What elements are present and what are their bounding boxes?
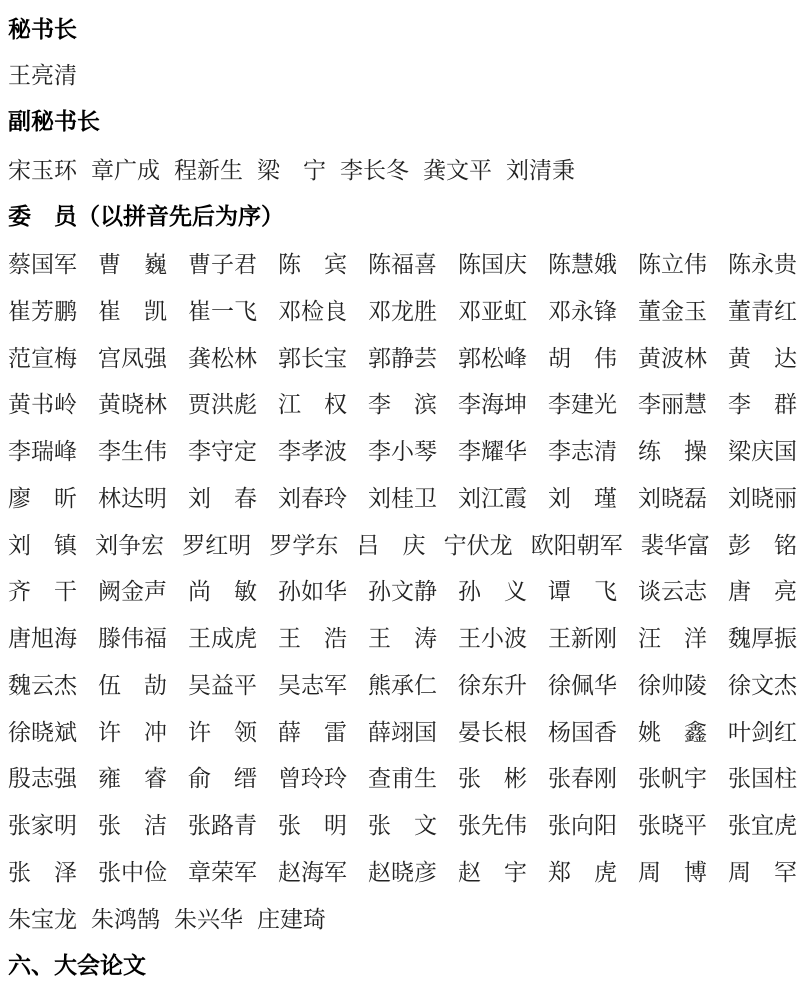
member-name: 蔡国军 bbox=[8, 248, 77, 282]
member-name: 汪 洋 bbox=[638, 622, 707, 656]
member-name: 陈永贵 bbox=[728, 248, 797, 282]
member-name: 殷志强 bbox=[8, 762, 77, 796]
member-name: 朱鸿鹄 bbox=[91, 903, 160, 937]
member-name: 郭长宝 bbox=[278, 342, 347, 376]
member-name: 邓检良 bbox=[278, 295, 347, 329]
member-name: 练 操 bbox=[638, 435, 707, 469]
deputy-name: 宋玉环 bbox=[8, 154, 77, 188]
member-name: 周 罕 bbox=[728, 856, 797, 890]
member-name: 李孝波 bbox=[278, 435, 347, 469]
member-name: 谭 飞 bbox=[548, 575, 617, 609]
member-name: 唐旭海 bbox=[8, 622, 77, 656]
member-name: 朱宝龙 bbox=[8, 903, 77, 937]
member-name: 刘 镇 bbox=[8, 529, 77, 563]
member-name: 崔一飞 bbox=[188, 295, 257, 329]
member-name: 孙如华 bbox=[278, 575, 347, 609]
member-name: 宁伏龙 bbox=[444, 529, 513, 563]
member-name: 罗学东 bbox=[269, 529, 338, 563]
member-name: 张中俭 bbox=[98, 856, 167, 890]
member-name: 熊承仁 bbox=[368, 669, 437, 703]
member-name: 黄 达 bbox=[728, 342, 797, 376]
member-name: 罗红明 bbox=[182, 529, 251, 563]
member-name: 李 群 bbox=[728, 388, 797, 422]
member-name: 王 浩 bbox=[278, 622, 347, 656]
member-name: 张宜虎 bbox=[728, 809, 797, 843]
member-name: 刘晓丽 bbox=[728, 482, 797, 516]
member-name: 许 领 bbox=[188, 716, 257, 750]
member-name: 崔 凯 bbox=[98, 295, 167, 329]
member-name: 查甫生 bbox=[368, 762, 437, 796]
member-name: 赵海军 bbox=[278, 856, 347, 890]
member-name: 王成虎 bbox=[188, 622, 257, 656]
member-name: 滕伟福 bbox=[98, 622, 167, 656]
member-name: 李海坤 bbox=[458, 388, 527, 422]
member-name: 张晓平 bbox=[638, 809, 707, 843]
member-name: 刘晓磊 bbox=[638, 482, 707, 516]
deputy-name: 李长冬 bbox=[340, 154, 409, 188]
member-name: 王小波 bbox=[458, 622, 527, 656]
member-row: 蔡国军曹 巍曹子君陈 宾陈福喜陈国庆陈慧娥陈立伟陈永贵 bbox=[8, 248, 797, 282]
member-name: 李志清 bbox=[548, 435, 617, 469]
member-name: 崔芳鹏 bbox=[8, 295, 77, 329]
member-name: 徐晓斌 bbox=[8, 716, 77, 750]
member-name: 孙 义 bbox=[458, 575, 527, 609]
member-name: 俞 缙 bbox=[188, 762, 257, 796]
deputy-name: 龚文平 bbox=[423, 154, 492, 188]
member-name: 吴益平 bbox=[188, 669, 257, 703]
member-name: 徐文杰 bbox=[728, 669, 797, 703]
member-name: 王 涛 bbox=[368, 622, 437, 656]
member-name: 刘 春 bbox=[188, 482, 257, 516]
member-name: 阙金声 bbox=[98, 575, 167, 609]
member-name: 张 泽 bbox=[8, 856, 77, 890]
member-name: 林达明 bbox=[98, 482, 167, 516]
member-row: 刘 镇刘争宏罗红明罗学东吕 庆宁伏龙欧阳朝军裴华富彭 铭 bbox=[8, 529, 797, 563]
member-name: 薛翊国 bbox=[368, 716, 437, 750]
member-name: 唐 亮 bbox=[728, 575, 797, 609]
member-name: 黄晓林 bbox=[98, 388, 167, 422]
member-name: 欧阳朝军 bbox=[531, 529, 623, 563]
member-name: 陈慧娥 bbox=[548, 248, 617, 282]
member-name: 李生伟 bbox=[98, 435, 167, 469]
member-row: 廖 昕林达明刘 春刘春玲刘桂卫刘江霞刘 瑾刘晓磊刘晓丽 bbox=[8, 482, 797, 516]
member-name: 陈国庆 bbox=[458, 248, 527, 282]
member-name: 陈 宾 bbox=[278, 248, 347, 282]
member-name: 张 彬 bbox=[458, 762, 527, 796]
deputy-name: 章广成 bbox=[91, 154, 160, 188]
member-name: 尚 敏 bbox=[188, 575, 257, 609]
member-name: 张家明 bbox=[8, 809, 77, 843]
member-name: 刘争宏 bbox=[95, 529, 164, 563]
member-name: 吕 庆 bbox=[357, 529, 426, 563]
member-name: 宫凤强 bbox=[98, 342, 167, 376]
member-name: 廖 昕 bbox=[8, 482, 77, 516]
member-name: 吴志军 bbox=[278, 669, 347, 703]
member-name: 曹子君 bbox=[188, 248, 257, 282]
member-name: 晏长根 bbox=[458, 716, 527, 750]
member-name: 张先伟 bbox=[458, 809, 527, 843]
member-name: 张向阳 bbox=[548, 809, 617, 843]
member-name: 孙文静 bbox=[368, 575, 437, 609]
member-name: 张路青 bbox=[188, 809, 257, 843]
member-name: 周 博 bbox=[638, 856, 707, 890]
member-name: 朱兴华 bbox=[174, 903, 243, 937]
section-title-conference-papers: 六、大会论文 bbox=[8, 949, 146, 983]
member-name: 曹 巍 bbox=[98, 248, 167, 282]
member-name: 龚松林 bbox=[188, 342, 257, 376]
member-name: 李耀华 bbox=[458, 435, 527, 469]
member-name: 李丽慧 bbox=[638, 388, 707, 422]
member-name: 李建光 bbox=[548, 388, 617, 422]
member-name: 裴华富 bbox=[641, 529, 710, 563]
member-name: 魏云杰 bbox=[8, 669, 77, 703]
member-name: 梁庆国 bbox=[728, 435, 797, 469]
member-row: 齐 干阙金声尚 敏孙如华孙文静孙 义谭 飞谈云志唐 亮 bbox=[8, 575, 797, 609]
member-row: 魏云杰伍 劼吴益平吴志军熊承仁徐东升徐佩华徐帅陵徐文杰 bbox=[8, 669, 797, 703]
member-name: 薛 雷 bbox=[278, 716, 347, 750]
section-title-deputy-secretary-general: 副秘书长 bbox=[8, 105, 100, 139]
deputy-name: 刘清秉 bbox=[506, 154, 575, 188]
member-name: 李瑞峰 bbox=[8, 435, 77, 469]
member-name: 邓亚虹 bbox=[458, 295, 527, 329]
member-row: 朱宝龙朱鸿鹄朱兴华庄建琦 bbox=[8, 903, 797, 937]
deputy-name: 程新生 bbox=[174, 154, 243, 188]
member-name: 杨国香 bbox=[548, 716, 617, 750]
member-name: 黄波林 bbox=[638, 342, 707, 376]
member-name: 范宣梅 bbox=[8, 342, 77, 376]
member-name: 曾玲玲 bbox=[278, 762, 347, 796]
member-name: 郭静芸 bbox=[368, 342, 437, 376]
member-name: 庄建琦 bbox=[257, 903, 326, 937]
member-row: 张家明张 洁张路青张 明张 文张先伟张向阳张晓平张宜虎 bbox=[8, 809, 797, 843]
section-title-members: 委 员（以拼音先后为序） bbox=[8, 200, 284, 234]
member-row: 殷志强雍 睿俞 缙曾玲玲查甫生张 彬张春刚张帆宇张国柱 bbox=[8, 762, 797, 796]
member-name: 刘桂卫 bbox=[368, 482, 437, 516]
member-name: 伍 劼 bbox=[98, 669, 167, 703]
member-name: 刘春玲 bbox=[278, 482, 347, 516]
member-name: 黄书岭 bbox=[8, 388, 77, 422]
member-name: 张春刚 bbox=[548, 762, 617, 796]
member-name: 张 洁 bbox=[98, 809, 167, 843]
member-row: 崔芳鹏崔 凯崔一飞邓检良邓龙胜邓亚虹邓永锋董金玉董青红 bbox=[8, 295, 797, 329]
member-row: 黄书岭黄晓林贾洪彪江 权李 滨李海坤李建光李丽慧李 群 bbox=[8, 388, 797, 422]
member-name: 徐佩华 bbox=[548, 669, 617, 703]
member-name: 邓龙胜 bbox=[368, 295, 437, 329]
member-name: 胡 伟 bbox=[548, 342, 617, 376]
member-name: 刘江霞 bbox=[458, 482, 527, 516]
member-name: 李守定 bbox=[188, 435, 257, 469]
member-name: 李小琴 bbox=[368, 435, 437, 469]
deputy-secretary-general-list: 宋玉环 章广成 程新生 梁 宁 李长冬 龚文平 刘清秉 bbox=[8, 154, 575, 188]
member-name: 陈福喜 bbox=[368, 248, 437, 282]
member-name: 叶剑红 bbox=[728, 716, 797, 750]
member-name: 徐东升 bbox=[458, 669, 527, 703]
member-name: 张 文 bbox=[368, 809, 437, 843]
member-name: 姚 鑫 bbox=[638, 716, 707, 750]
member-name: 彭 铭 bbox=[728, 529, 797, 563]
member-name: 郑 虎 bbox=[548, 856, 617, 890]
member-name: 董青红 bbox=[728, 295, 797, 329]
member-name: 徐帅陵 bbox=[638, 669, 707, 703]
member-name: 郭松峰 bbox=[458, 342, 527, 376]
member-name: 雍 睿 bbox=[98, 762, 167, 796]
member-row: 李瑞峰李生伟李守定李孝波李小琴李耀华李志清练 操梁庆国 bbox=[8, 435, 797, 469]
secretary-general-name: 王亮清 bbox=[8, 59, 77, 93]
member-name: 赵晓彦 bbox=[368, 856, 437, 890]
member-name: 赵 宇 bbox=[458, 856, 527, 890]
member-row: 徐晓斌许 冲许 领薛 雷薛翊国晏长根杨国香姚 鑫叶剑红 bbox=[8, 716, 797, 750]
member-name: 贾洪彪 bbox=[188, 388, 257, 422]
member-name: 刘 瑾 bbox=[548, 482, 617, 516]
member-name: 魏厚振 bbox=[728, 622, 797, 656]
member-name: 张国柱 bbox=[728, 762, 797, 796]
member-name: 章荣军 bbox=[188, 856, 257, 890]
member-name: 李 滨 bbox=[368, 388, 437, 422]
member-name: 王新刚 bbox=[548, 622, 617, 656]
member-row: 张 泽张中俭章荣军赵海军赵晓彦赵 宇郑 虎周 博周 罕 bbox=[8, 856, 797, 890]
member-name: 张帆宇 bbox=[638, 762, 707, 796]
member-name: 董金玉 bbox=[638, 295, 707, 329]
member-name: 谈云志 bbox=[638, 575, 707, 609]
member-name: 张 明 bbox=[278, 809, 347, 843]
deputy-name: 梁 宁 bbox=[257, 154, 326, 188]
member-name: 许 冲 bbox=[98, 716, 167, 750]
member-name: 邓永锋 bbox=[548, 295, 617, 329]
member-name: 陈立伟 bbox=[638, 248, 707, 282]
member-name: 江 权 bbox=[278, 388, 347, 422]
member-row: 唐旭海滕伟福王成虎王 浩王 涛王小波王新刚汪 洋魏厚振 bbox=[8, 622, 797, 656]
member-row: 范宣梅宫凤强龚松林郭长宝郭静芸郭松峰胡 伟黄波林黄 达 bbox=[8, 342, 797, 376]
section-title-secretary-general: 秘书长 bbox=[8, 13, 77, 47]
member-name: 齐 干 bbox=[8, 575, 77, 609]
